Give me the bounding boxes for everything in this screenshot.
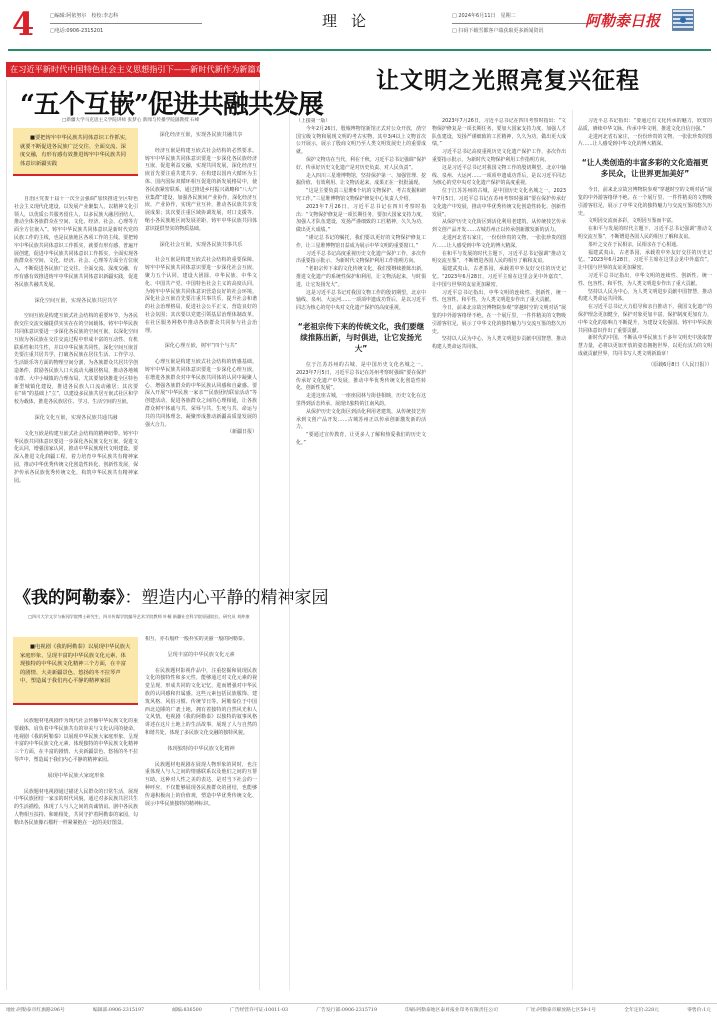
paragraph: 习近平总书记指出，中华文明的连续性、创新性、统一性、包容性、和平性，为人类文明进… (432, 290, 566, 306)
date-line: □ 2024年6月11日 星期二 (452, 12, 587, 21)
article2-column-1: 民族题材电视剧作为现代社会传播中华民族文化的重要载体，肩负着中华民族共有的审美与… (14, 718, 138, 988)
paragraph: “这是主要负责三星堆6个坑的文物保护、考古发掘和研究工作。”三星堆博物馆文物保护… (296, 188, 426, 204)
footer-factory-address: 厂址:阿勒泰市解放路七区59-1号 (526, 1006, 596, 1013)
paragraph: 民族题材电视剧在展现人物形象的同时，也注重体现人与人之间的情感联系以及他们之间的… (145, 762, 257, 809)
footer: 地址:阿勒泰市红旗路296号 编辑部:0906-2315197 邮编:83650… (6, 1006, 711, 1013)
paragraph: 这是习近平总书记对我国文物工作的殷切期望。北京中轴线、泉州、大运河……一项项申遗… (296, 290, 426, 313)
column-divider (572, 110, 573, 990)
pull-quote: “老祖宗传下来的传统文化，我们要继续推陈出新，与时俱进，让它发扬光大” (296, 321, 426, 354)
phone-line: □电话:0906-2315201 (50, 27, 202, 36)
paragraph: “谨记总书记的嘱托，我们要以更好的文物保护修复工作，让三星堆博物馆日益成为展示中… (296, 235, 426, 251)
paragraph: 空间互嵌是构建互嵌式社会结构的重要环节，为各民族交往交流交融提供实实在在的空间载… (14, 313, 138, 407)
paragraph: 位于江苏苏州的古城，是中国历史文化名城之一。2023年7月5日，习近平总书记在苏… (432, 188, 566, 219)
main-headline[interactable]: 让文明之光照亮复兴征程 (298, 62, 717, 95)
paragraph: 经济互嵌是构建互嵌式社会结构的必然要求。铸牢中华民族共同体意识要进一步深化各民族… (145, 148, 257, 234)
article1-column-2: 深化经济互嵌，实现各民族共融共享 经济互嵌是构建互嵌式社会结构的必然要求。铸牢中… (145, 128, 257, 568)
paragraph: 福建武夷山，古老茶园，承载着中外友好交往的历史记忆。“2023年6月28日，习近… (578, 250, 712, 273)
qr-code-icon[interactable] (672, 9, 694, 31)
paragraph: “要通过宣传教育，让更多人了解和热爱我们的历史文化。” (296, 432, 426, 448)
paragraph: 心理互嵌是构建互嵌式社会结构的情感基础。铸牢中华民族共同体意识要进一步深化心理互… (145, 359, 257, 429)
paragraph: 坚持以人民为中心，为人类文明进步贡献中国智慧，推动构建人类命运共同体。 (578, 289, 712, 305)
paragraph: 民族题材电视剧通过描述人民群众的日常生活，展现中华民族团结一家亲的时代风貌，通过… (14, 789, 138, 828)
footer-postcode: 邮编:836500 (172, 1006, 202, 1013)
editor-line: □编辑:阿依努尔 校校:李志科 (50, 12, 202, 21)
footer-annual-price: 全年定价:228元 (624, 1006, 659, 1013)
paragraph: 习近平总书记高度重视历史文化遗产保护工作，多次作出重要指示批示，为新时代文物保护… (432, 149, 566, 165)
pull-quote: “让人类创造的丰富多彩的文化造福更多民众，让世界更加美好” (578, 157, 712, 179)
page-number: 4 (12, 4, 34, 44)
paragraph: 在民族题材影视作品中，注重挖掘和展现民族文化的独特性和多元性，能够通过对文化元素… (145, 668, 257, 738)
article1-byline: □新疆大学马克思主义学院讲师 张梦心 新闻与传播学院副教授 石峰 (62, 117, 199, 123)
main-column-2: 2023年7月26日，习近平总书记在四川考察时指出：“文物保护修复是一项长期任务… (432, 118, 566, 988)
paragraph: 2023年7月26日，习近平总书记在四川考察时指出：“文物保护修复是一项长期任务… (432, 118, 566, 149)
subheading: 深化文化互嵌，实现各民族共通共融 (14, 415, 138, 423)
header-rule (8, 49, 711, 51)
paragraph: 自治区党委十届十一次全会强调“加快推进全区特色社会主义现代化建设，以发展产业聚集… (14, 196, 138, 290)
divider (50, 23, 202, 24)
paragraph: 今日，前来北京故宫博物院参观“穿越时空的文明对话”展览的中外游客络绎不绝。在一个… (432, 305, 566, 336)
paragraph: 今日，前来北京故宫博物院参观“穿越时空的文明对话”展览的中外游客络绎不绝。在一个… (578, 187, 712, 218)
paragraph: 习近平总书记高度重视历史文化遗产保护工作，多次作出重要指示批示，为新时代文物保护… (296, 251, 426, 267)
paragraph: 相互，亦石般纤一般朴实的美丽一般的阿勒泰。 (145, 636, 257, 644)
article1-headline[interactable]: “五个互嵌”促进共融共发展 (20, 84, 260, 121)
subheading: 深化空间互嵌，实现各民族共居共学 (14, 298, 138, 306)
article2-byline: □四川大学文学与新闻学院博士研究生，四川传媒学院编导艺术学院教师 叶桐 新疆社会… (28, 614, 250, 620)
date-info: □ 2024年6月11日 星期二 □ 扫码下载雪都客户端获取更多新闻资讯 (452, 12, 587, 36)
subheading: 体现独特的中华民族文化精神 (145, 746, 257, 754)
paragraph: 新时代的中国，不断从中华民族五千多年文明史中汲取智慧力量，必将以更加开放的姿态拥… (578, 335, 712, 358)
main-column-1: （上接第一版） 今年2月26日，殷墟博物馆新馆正式对公众开放，凿空国宝级文物和展… (296, 118, 426, 988)
paragraph: 在和平与发展的时代主题下，习近平总书记强调“推动文明交流互鉴”，不断增进各国人民… (432, 251, 566, 267)
article2-column-2: 相互，亦石般纤一般朴实的美丽一般的阿勒泰。 呈现丰富的中华民族文化元素 在民族题… (145, 636, 257, 988)
paragraph: 走进这座古城，一座座园林与街巷相映，历史文化在这里得到活态传承，展现出独特的江南… (296, 393, 426, 409)
source-note: （原载6月8日《人民日报》） (578, 362, 712, 370)
paragraph: 习近平总书记指出：“要通过有文化传承的魅力，欣赏的品质，赓续中华文脉、传承中华文… (578, 118, 712, 134)
footer-retail-price: 零售价:1元 (687, 1006, 711, 1013)
paragraph: 位于江苏苏州的古城，是中国历史文化名城之一。2023年7月5日，习近平总书记在苏… (296, 362, 426, 393)
paragraph: 保护文物功在当代，利在千秋。习近平总书记强调“保护好、传承好历史文化遗产是对历史… (296, 157, 426, 173)
continued-note: （上接第一版） (296, 118, 426, 126)
subheading: 深化经济互嵌，实现各民族共融共享 (145, 132, 257, 140)
paragraph: 文化互嵌是构建互嵌式社会结构的精神纽带。铸牢中华民族共同体意识要进一步深化各民族… (14, 431, 138, 486)
app-download-line: □ 扫码下载雪都客户端获取更多新闻资讯 (452, 27, 587, 36)
headline-bold: 《我的阿勒泰》 (14, 588, 125, 608)
paragraph: 坚持以人民为中心，为人类文明进步贡献中国智慧，推动构建人类命运共同体。 (432, 336, 566, 352)
newspaper-logo: 阿勒泰日报 (585, 10, 660, 31)
column-divider (289, 110, 290, 990)
footer-editorial-phone: 编辑部:0906-2315197 (93, 1006, 144, 1013)
paragraph: 社会互嵌是构建互嵌式社会结构的重要保障。铸牢中华民族共同体意识要进一步深化社会互… (145, 257, 257, 335)
paragraph: 习近平总书记指出，中华文明的连续性、创新性、统一性、包容性、和平性，为人类文明进… (578, 273, 712, 289)
article1-column-1: 自治区党委十届十一次全会强调“加快推进全区特色社会主义现代化建设，以发展产业聚集… (14, 196, 138, 568)
paragraph: 走入四川三星堆博物馆，坚持保护第一、加强管理、挖掘价值、有效利用、让文物活起来，… (296, 173, 426, 189)
footer-rule (0, 1003, 717, 1004)
paragraph: 在习近平总书记大力倡导和亲自推动下，我国文化遗产的保护理念更加健全，保护对象更加… (578, 304, 712, 335)
paragraph: 文明因交流而多彩，文明因互鉴而丰富。 (578, 218, 712, 226)
paragraph: 从保护历史文化街区到活化利用老建筑，从传统技艺传承到文创产品开发……古城苏州正以… (432, 219, 566, 235)
paragraph: 这是习近平总书记对我国文物工作的殷切期望。北京中轴线、泉州、大运河……一项项申遗… (432, 165, 566, 188)
section-title: 理论 (322, 10, 380, 31)
paragraph: 茶叶之交在于民相亲，民相亲在于心相通。 (578, 242, 712, 250)
footer-ad-license: 广告经营许可证:10011-03 (230, 1006, 288, 1013)
article1-lede: ■要把铸牢中华民族共同体意识工作抓实，就要不断促进各民族广泛交往、全面交流、深度… (13, 128, 138, 176)
paragraph: 今年2月26日，殷墟博物馆新馆正式对公众开放，凿空国宝级文物和展现文明的考古实物… (296, 126, 426, 157)
paragraph: 从保护历史文化街区到活化利用老建筑，从传统技艺传承到文创产品开发……古城苏州正以… (296, 409, 426, 432)
article2-headline[interactable]: 《我的阿勒泰》：塑造内心平静的精神家园 (14, 583, 294, 608)
subheading: 呈现丰富的中华民族文化元素 (145, 652, 257, 660)
divider (452, 23, 587, 24)
paragraph: 福建武夷山，古老茶园，承载着中外友好交往的历史记忆。“2023年6月28日，习近… (432, 266, 566, 289)
subheading: 深化社会互嵌，实现各民族共事共乐 (145, 242, 257, 250)
footer-address: 地址:阿勒泰市红旗路296号 (6, 1006, 65, 1013)
paragraph: 民族题材电视剧作为现代社会传播中华民族文化的重要载体，肩负着中华民族共有的审美与… (14, 718, 138, 765)
editor-info: □编辑:阿依努尔 校校:李志科 □电话:0906-2315201 (50, 12, 202, 36)
footer-printer: 印刷:阿勒泰地区泰昇报业印务有限责任公司 (405, 1006, 498, 1013)
article2-lede: ■电视剧《我的阿勒泰》以展现中华民族大家庭形象、呈现丰富的中华民族文化元素、体现… (13, 637, 138, 705)
paragraph: 在和平与发展的时代主题下，习近平总书记强调“推动文明交流互鉴”，不断增进各国人民… (578, 226, 712, 242)
paragraph: 2023年7月26日，习近平总书记在四川考察时指出：“文物保护修复是一项长期任务… (296, 204, 426, 235)
paragraph: “老祖宗传下来的文化传统文化，我们要继续推陈出新，推进文化遗产的系统性保护和利用… (296, 266, 426, 289)
footer-distribution-phone: 广告发行部:0906-2315719 (316, 1006, 377, 1013)
series-banner: 在习近平新时代中国特色社会主义思想指引下——新时代新作为新篇章 (6, 62, 260, 77)
subheading: 展现中华民族大家庭形象 (14, 773, 138, 781)
paragraph: 走进河北省石家庄，一份份珍贵的文物，一张张珍贵的图片……让人感受到中华文化的博大… (578, 134, 712, 150)
subheading: 深化心理互嵌，树牢“四个与共” (145, 343, 257, 351)
end-mark: （新疆日报） (145, 429, 257, 437)
main-column-3: 习近平总书记指出：“要通过有文化传承的魅力，欣赏的品质，赓续中华文脉、传承中华文… (578, 118, 712, 998)
masthead: 4 □编辑:阿依努尔 校校:李志科 □电话:0906-2315201 理论 □ … (0, 0, 717, 50)
paragraph: 走进河北省石家庄，一份份珍贵的文物，一张张珍贵的图片……让人感受到中华文化的博大… (432, 235, 566, 251)
